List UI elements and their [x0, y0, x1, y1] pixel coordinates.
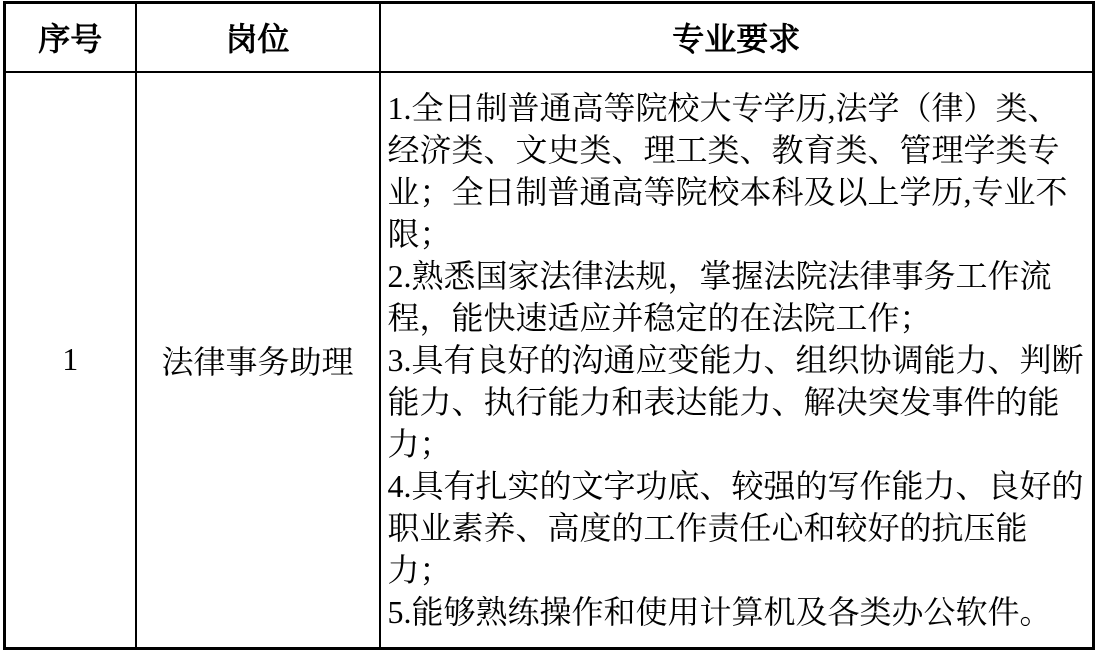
header-position: 岗位	[136, 3, 380, 72]
cell-position: 法律事务助理	[136, 72, 380, 649]
table-header-row: 序号 岗位 专业要求	[5, 3, 1094, 72]
cell-serial-number: 1	[5, 72, 136, 649]
header-major-requirements: 专业要求	[380, 3, 1094, 72]
table-row: 1 法律事务助理 1.全日制普通高等院校大专学历,法学（律）类、 经济类、文史类…	[5, 72, 1094, 649]
job-requirements-table: 序号 岗位 专业要求 1 法律事务助理 1.全日制普通高等院校大专学历,法学（律…	[3, 1, 1095, 650]
header-serial-number: 序号	[5, 3, 136, 72]
cell-requirements: 1.全日制普通高等院校大专学历,法学（律）类、 经济类、文史类、理工类、教育类、…	[380, 72, 1094, 649]
